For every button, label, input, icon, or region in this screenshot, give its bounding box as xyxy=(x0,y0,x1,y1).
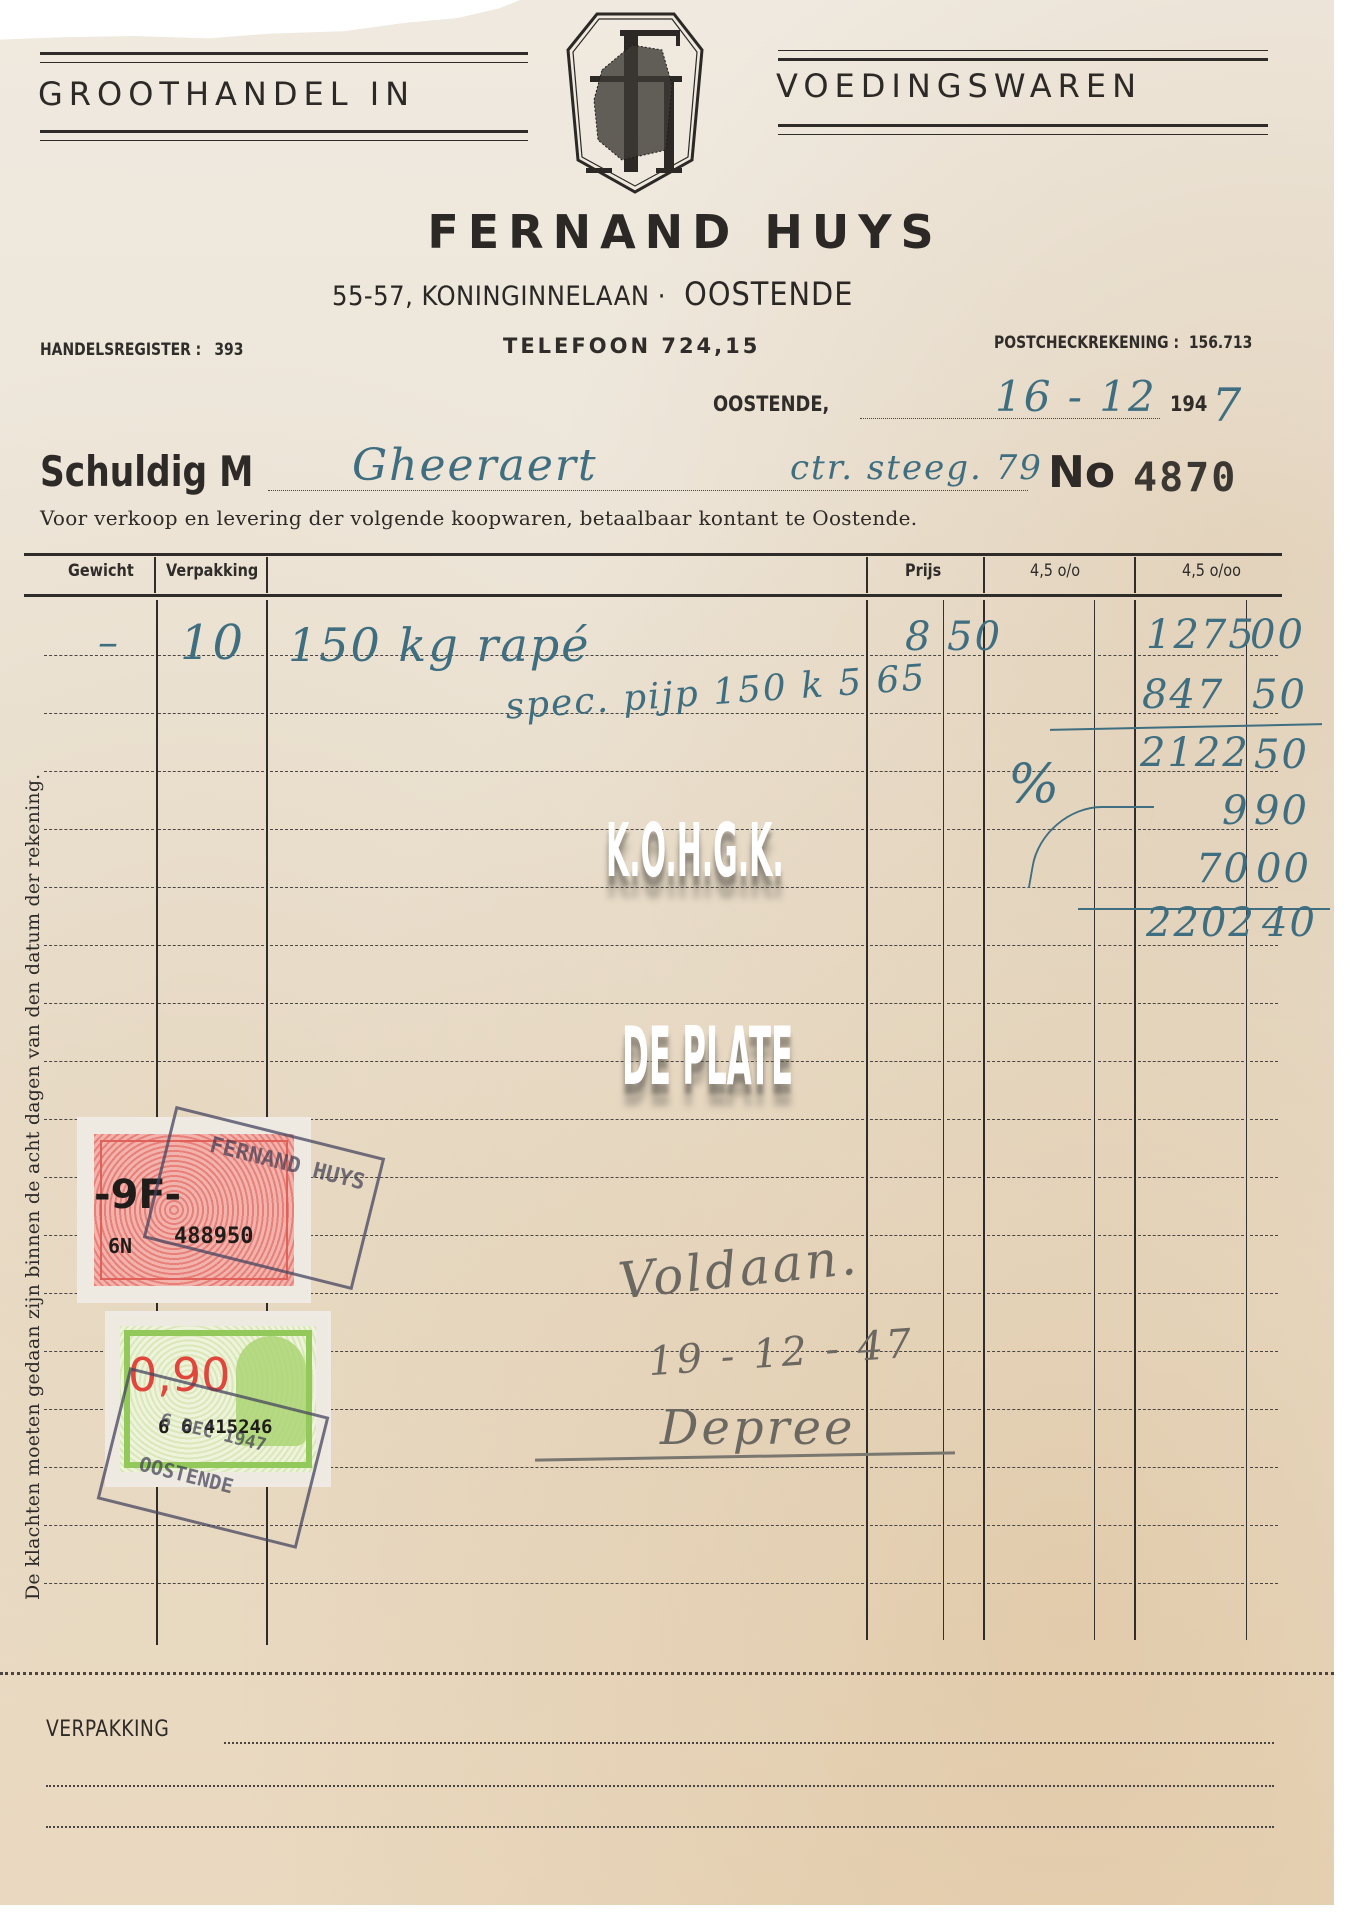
perforation-line xyxy=(0,1672,1334,1675)
address-city: OOSTENDE xyxy=(684,275,853,313)
row-dashed-line xyxy=(1250,1061,1278,1062)
row-dashed-line xyxy=(1250,1177,1278,1178)
row-dashed-line xyxy=(44,1061,154,1062)
row-dashed-line xyxy=(270,771,864,772)
row-dashed-line xyxy=(158,713,264,714)
row-dashed-line xyxy=(870,1119,941,1120)
row-dashed-line xyxy=(947,1061,981,1062)
row-dashed-line xyxy=(947,1177,981,1178)
row-dashed-line xyxy=(870,1583,941,1584)
postcheck-label: POSTCHECKREKENING : xyxy=(994,333,1179,353)
row-dashed-line xyxy=(1138,1177,1244,1178)
row-dashed-line xyxy=(870,771,941,772)
row-dashed-line xyxy=(1098,1351,1132,1352)
row-dashed-line xyxy=(1250,1119,1278,1120)
row-dashed-line xyxy=(44,1525,154,1526)
row-dashed-line xyxy=(270,1467,864,1468)
row-dashed-line xyxy=(270,1583,864,1584)
row2-amount: 847 xyxy=(1142,672,1224,718)
row-dashed-line xyxy=(1098,1061,1132,1062)
row-dashed-line xyxy=(1138,1409,1244,1410)
row-dashed-line xyxy=(44,1003,154,1004)
row2-cents: 50 xyxy=(1252,672,1307,718)
row-dashed-line xyxy=(987,1061,1091,1062)
row6-total-cents: 40 xyxy=(1262,900,1317,946)
table-top-rule xyxy=(24,553,1282,556)
header-rule xyxy=(778,124,1268,127)
row-dashed-line xyxy=(870,887,941,888)
row-dashed-line xyxy=(1138,1061,1244,1062)
row-dashed-line xyxy=(1138,1235,1244,1236)
footer-verpakking-label: VERPAKKING xyxy=(46,1717,169,1742)
col-header-verpakking: Verpakking xyxy=(166,561,258,581)
handelsregister-label: HANDELSREGISTER : xyxy=(40,340,201,360)
row-dashed-line xyxy=(987,1409,1091,1410)
header-rule xyxy=(778,50,1268,51)
col-line-pct xyxy=(1134,600,1136,1640)
postcheck: POSTCHECKREKENING : 156.713 xyxy=(994,333,1252,353)
postcheck-value: 156.713 xyxy=(1189,333,1252,353)
row-dashed-line xyxy=(270,1003,864,1004)
row-dashed-line xyxy=(947,771,981,772)
row-dashed-line xyxy=(1098,945,1132,946)
row-dashed-line xyxy=(870,1409,941,1410)
footer-line xyxy=(46,1826,1274,1828)
side-percent-mark: % xyxy=(1008,752,1061,815)
row-dashed-line xyxy=(1098,1293,1132,1294)
row-dashed-line xyxy=(44,713,154,714)
complaints-margin-note: De klachten moeten gedaan zijn binnen de… xyxy=(22,774,44,1600)
row-dashed-line xyxy=(987,1293,1091,1294)
row-dashed-line xyxy=(987,1003,1091,1004)
row-dashed-line xyxy=(1138,1525,1244,1526)
row-dashed-line xyxy=(1250,1467,1278,1468)
header-rule xyxy=(40,62,528,63)
row-dashed-line xyxy=(947,713,981,714)
debtor-label: Schuldig M xyxy=(40,447,253,496)
col-header-gewicht: Gewicht xyxy=(68,561,134,581)
row-dashed-line xyxy=(44,771,154,772)
row6-total-amount: 2202 xyxy=(1146,900,1256,946)
row-dashed-line xyxy=(270,1525,864,1526)
stamp-red-series: 6N xyxy=(108,1234,132,1258)
row-dashed-line xyxy=(870,1525,941,1526)
row-dashed-line xyxy=(870,1061,941,1062)
row-dashed-line xyxy=(987,713,1091,714)
company-address: 55-57, KONINGINNELAAN · OOSTENDE xyxy=(332,275,853,313)
row-dashed-line xyxy=(1098,1409,1132,1410)
row-dashed-line xyxy=(870,829,941,830)
row-dashed-line xyxy=(870,1235,941,1236)
row-dashed-line xyxy=(987,1583,1091,1584)
col-header-pct: 4,5 o/o xyxy=(1030,561,1080,581)
handelsregister-value: 393 xyxy=(214,340,243,360)
row-dashed-line xyxy=(158,1003,264,1004)
row-dashed-line xyxy=(947,945,981,946)
handwritten-date: 16 - 12 xyxy=(995,372,1157,421)
invoice-number: 4870 xyxy=(1133,455,1237,501)
cancel-date: 6 DEC 1947 xyxy=(158,1410,268,1457)
row-dashed-line xyxy=(158,945,264,946)
row-dashed-line xyxy=(1250,1583,1278,1584)
handwritten-year: 7 xyxy=(1212,378,1243,432)
telefoon: TELEFOON 724,15 xyxy=(503,334,760,358)
row-dashed-line xyxy=(947,1003,981,1004)
handwritten-debtor-name: Gheeraert xyxy=(352,440,598,491)
footer-line xyxy=(224,1742,1274,1744)
row-dashed-line xyxy=(870,713,941,714)
row-dashed-line xyxy=(947,1351,981,1352)
row-dashed-line xyxy=(1138,1467,1244,1468)
receipt-signature: Depree xyxy=(660,1400,855,1456)
col-sep xyxy=(866,557,868,593)
col-sep xyxy=(266,557,268,593)
row-dashed-line xyxy=(947,887,981,888)
row-dashed-line xyxy=(870,1177,941,1178)
col-line-prijs xyxy=(983,600,985,1640)
row-dashed-line xyxy=(270,945,864,946)
tagline-left: GROOTHANDEL IN xyxy=(38,75,415,113)
row-dashed-line xyxy=(1250,1525,1278,1526)
header-rule xyxy=(778,134,1268,135)
col-line-desc xyxy=(866,600,868,1640)
row-dashed-line xyxy=(1098,1525,1132,1526)
row-dashed-line xyxy=(44,945,154,946)
header-rule xyxy=(778,58,1268,61)
company-logo-icon xyxy=(562,10,708,195)
header-rule xyxy=(40,130,528,133)
row-dashed-line xyxy=(1138,1003,1244,1004)
row-dashed-line xyxy=(1098,1177,1132,1178)
col-header-permille: 4,5 o/oo xyxy=(1182,561,1241,581)
row-dashed-line xyxy=(987,1177,1091,1178)
watermark-kohgk: K.O.H.G.K. xyxy=(606,808,784,894)
row-dashed-line xyxy=(947,1525,981,1526)
row-dashed-line xyxy=(870,1467,941,1468)
row-dashed-line xyxy=(1098,1003,1132,1004)
footer-line xyxy=(46,1785,1274,1787)
row1-cents: 00 xyxy=(1250,612,1305,658)
row-dashed-line xyxy=(158,771,264,772)
row-dashed-line xyxy=(1098,1583,1132,1584)
row-dashed-line xyxy=(947,1409,981,1410)
handelsregister: HANDELSREGISTER : 393 xyxy=(40,340,243,360)
row4-cents: 90 xyxy=(1254,788,1309,834)
row-dashed-line xyxy=(1098,713,1132,714)
row5-amount: 70 xyxy=(1196,846,1251,892)
row-dashed-line xyxy=(870,1293,941,1294)
row-dashed-line xyxy=(44,887,154,888)
col-line-pct-cents xyxy=(1094,600,1095,1640)
row-dashed-line xyxy=(1138,1351,1244,1352)
row3-amount: 2122 xyxy=(1140,730,1250,776)
row-dashed-line xyxy=(987,1525,1091,1526)
row-dashed-line xyxy=(1098,1119,1132,1120)
year-prefix: 194 xyxy=(1170,392,1207,416)
row-dashed-line xyxy=(987,1235,1091,1236)
header-rule xyxy=(40,52,528,55)
header-rule xyxy=(40,140,528,141)
row-dashed-line xyxy=(947,1119,981,1120)
row-dashed-line xyxy=(1138,1293,1244,1294)
col-line-prijs-cents xyxy=(943,600,944,1640)
row-dashed-line xyxy=(947,829,981,830)
row-dashed-line xyxy=(44,829,154,830)
row-dashed-line xyxy=(1138,1583,1244,1584)
col-sep xyxy=(154,557,156,593)
row-dashed-line xyxy=(987,945,1091,946)
col-header-prijs: Prijs xyxy=(905,561,941,581)
row-dashed-line xyxy=(44,1583,154,1584)
row-dashed-line xyxy=(1098,1467,1132,1468)
row-dashed-line xyxy=(270,1119,864,1120)
watermark-de-plate: DE PLATE xyxy=(622,1010,793,1103)
row-dashed-line xyxy=(1250,1409,1278,1410)
cancel-city: OOSTENDE xyxy=(137,1452,236,1499)
row1-gewicht: – xyxy=(98,620,120,666)
row-dashed-line xyxy=(1098,655,1132,656)
tagline-right: VOEDINGSWAREN xyxy=(776,67,1142,105)
place-label: OOSTENDE, xyxy=(713,392,829,416)
row1-description: 150 kg rapé xyxy=(288,618,590,672)
address-street: 55-57, KONINGINNELAAN · xyxy=(332,281,666,312)
row-dashed-line xyxy=(947,1293,981,1294)
row3-cents: 50 xyxy=(1254,732,1309,778)
invoice-number-label: No xyxy=(1048,447,1115,498)
company-name: FERNAND HUYS xyxy=(0,205,1350,259)
row-dashed-line xyxy=(1098,1235,1132,1236)
row-dashed-line xyxy=(947,1235,981,1236)
row1-prijs: 8 50 xyxy=(905,614,1002,660)
row-dashed-line xyxy=(1250,1293,1278,1294)
row-dashed-line xyxy=(1250,1003,1278,1004)
table-header-rule xyxy=(24,594,1282,597)
row-dashed-line xyxy=(1250,1351,1278,1352)
row1-verpakking: 10 xyxy=(180,615,245,671)
row-dashed-line xyxy=(870,945,941,946)
row5-cents: 00 xyxy=(1256,846,1311,892)
row-dashed-line xyxy=(1138,1119,1244,1120)
row-dashed-line xyxy=(987,1467,1091,1468)
row-dashed-line xyxy=(987,1119,1091,1120)
row-dashed-line xyxy=(1250,1235,1278,1236)
row-dashed-line xyxy=(947,1467,981,1468)
row-dashed-line xyxy=(870,1003,941,1004)
row-dashed-line xyxy=(987,1351,1091,1352)
col-sep xyxy=(983,557,985,593)
handwritten-debtor-address: ctr. steeg. 79 xyxy=(790,448,1043,488)
row-dashed-line xyxy=(158,1583,264,1584)
row-dashed-line xyxy=(987,655,1091,656)
col-sep xyxy=(1134,557,1136,593)
row4-amount: 9 xyxy=(1222,788,1249,834)
terms-subline: Voor verkoop en levering der volgende ko… xyxy=(40,506,917,530)
row1-amount: 1275 xyxy=(1146,612,1256,658)
row-dashed-line xyxy=(158,1061,264,1062)
row-dashed-line xyxy=(158,887,264,888)
row-dashed-line xyxy=(158,829,264,830)
row-dashed-line xyxy=(1098,771,1132,772)
row-dashed-line xyxy=(947,1583,981,1584)
